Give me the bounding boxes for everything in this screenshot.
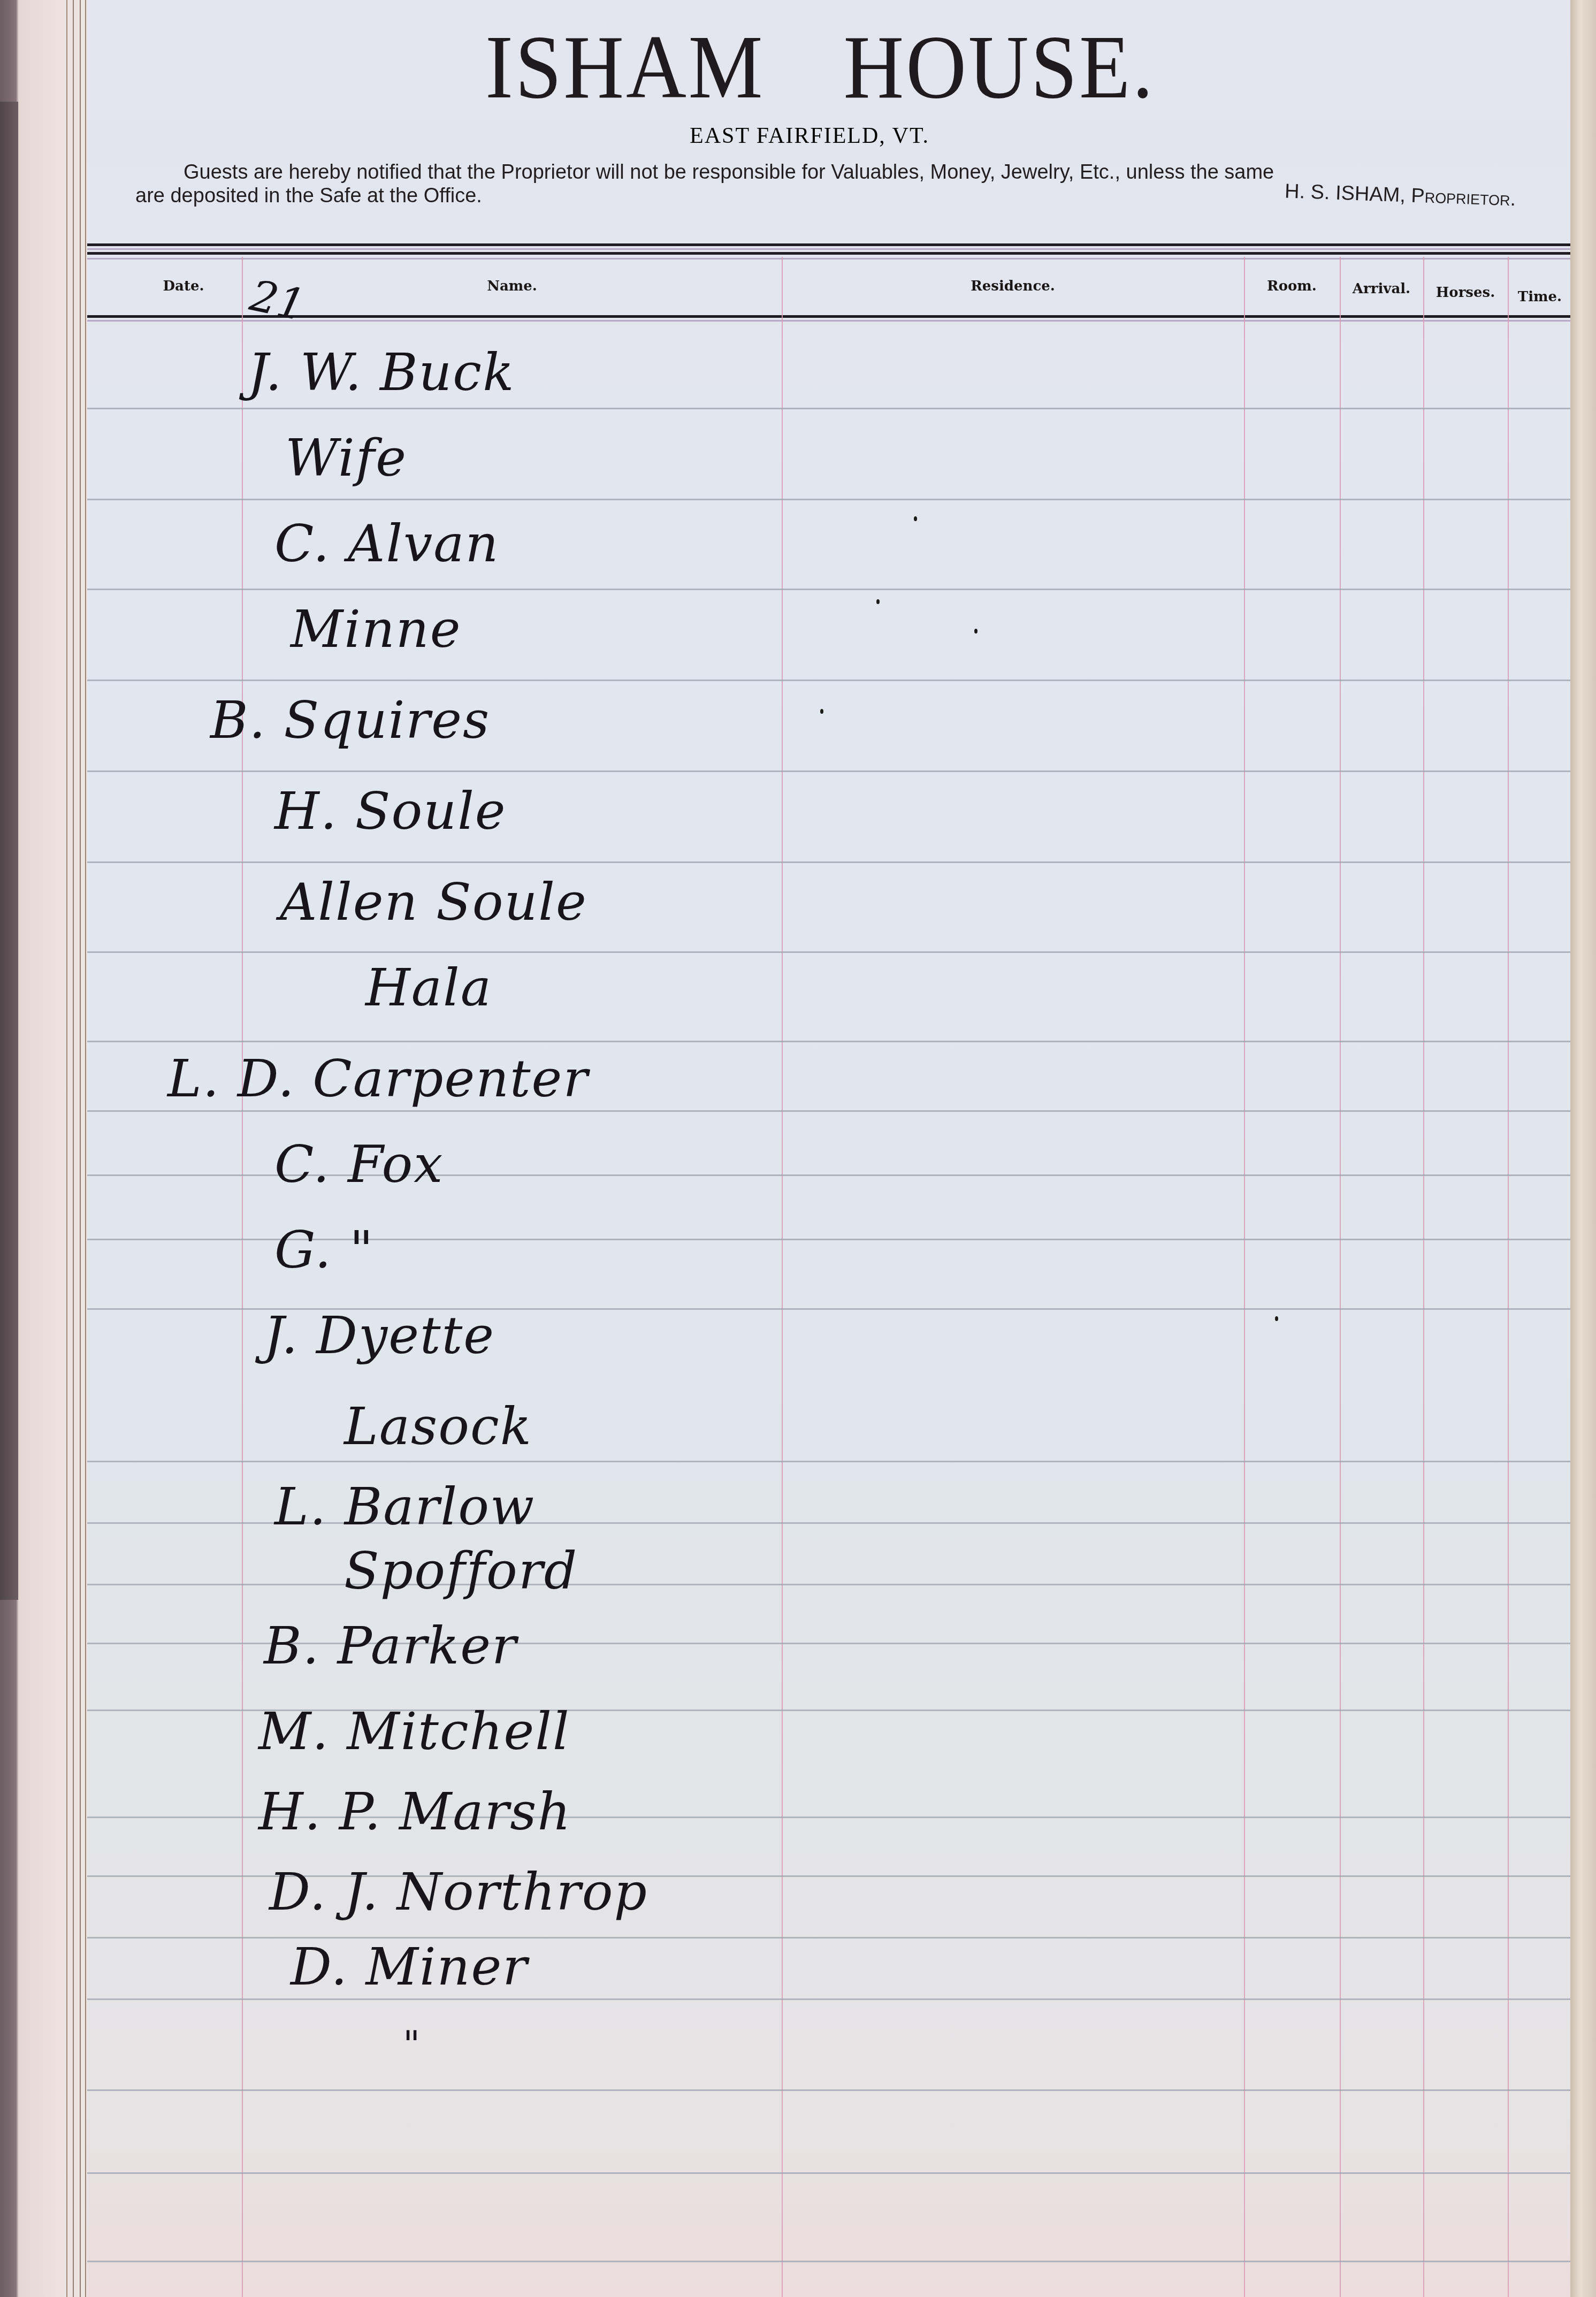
column-header-residence: Residence. (782, 278, 1244, 294)
guest-name: L. D. Carpenter (167, 1049, 589, 1109)
guest-name: D. Miner (291, 1937, 528, 1997)
guest-name: Spofford (344, 1541, 578, 1601)
row-rule (87, 1584, 1575, 1585)
header-top-rule (87, 243, 1575, 246)
row-rule (87, 1998, 1575, 2000)
guest-name: Minne (291, 599, 461, 659)
row-rule (87, 589, 1575, 590)
ink-speck (974, 629, 978, 634)
column-header-horses: Horses. (1423, 285, 1508, 301)
guest-name: C. Fox (274, 1134, 444, 1194)
guest-name: B. Parker (264, 1616, 517, 1676)
column-divider-name (782, 257, 783, 2297)
guest-name: J. Dyette (264, 1306, 495, 1365)
guest-name: C. Alvan (274, 514, 499, 574)
guest-name: Wife (285, 428, 407, 488)
header-bottom-rule (87, 315, 1575, 318)
header-bottom-rule-soft (87, 320, 1575, 322)
guest-name: H. Soule (274, 781, 507, 841)
column-divider-arrival (1423, 257, 1424, 2297)
row-rule (87, 1110, 1575, 1112)
ink-speck (820, 709, 823, 714)
guest-name: D. J. Northrop (269, 1862, 648, 1922)
row-rule (87, 499, 1575, 500)
row-rule (87, 2261, 1575, 2262)
column-divider-room (1340, 257, 1341, 2297)
row-rule (87, 2172, 1575, 2174)
ink-speck (1275, 1316, 1278, 1321)
row-rule (87, 861, 1575, 863)
row-rule (87, 1041, 1575, 1042)
guest-name: M. Mitchell (258, 1701, 570, 1761)
row-rule (87, 680, 1575, 681)
row-rule (87, 2089, 1575, 2091)
register-page: ISHAMHOUSE. EAST FAIRFIELD, VT. Guests a… (87, 0, 1575, 2297)
guest-name: G. " (274, 1220, 374, 1280)
book-spine-shadow (0, 102, 18, 1600)
page-edge (1570, 0, 1596, 2297)
column-header-row: Date. Name. Residence. Room. Arrival. Ho… (87, 251, 1575, 313)
column-header-name: Name. (242, 278, 782, 294)
guest-name: J. W. Buck (248, 342, 515, 402)
guest-name: H. P. Marsh (258, 1782, 571, 1842)
ledger-book: ISHAMHOUSE. EAST FAIRFIELD, VT. Guests a… (0, 0, 1596, 2297)
row-rule (87, 408, 1575, 409)
guest-name: B. Squires (210, 690, 490, 750)
guest-name-ditto: " (403, 2023, 421, 2066)
column-divider-residence (1244, 257, 1245, 2297)
column-header-room: Room. (1244, 278, 1340, 294)
guest-name: Lasock (344, 1396, 532, 1456)
guest-name: Allen Soule (280, 872, 587, 932)
column-header-date: Date. (154, 278, 213, 294)
row-rule (87, 951, 1575, 953)
column-divider-horses (1508, 257, 1509, 2297)
guest-name: Hala (365, 958, 492, 1018)
row-rule (87, 770, 1575, 772)
column-divider-date (242, 257, 243, 2297)
column-header-arrival: Arrival. (1340, 281, 1423, 297)
guest-name: L. Barlow (274, 1477, 535, 1537)
ink-speck (914, 516, 917, 521)
page-gutter (65, 0, 89, 2297)
ink-speck (876, 599, 880, 604)
column-header-time: Time. (1508, 289, 1572, 305)
row-rule (87, 1461, 1575, 1462)
header-top-rule-soft (87, 248, 1575, 250)
register-table: Date. Name. Residence. Room. Arrival. Ho… (87, 0, 1575, 2297)
